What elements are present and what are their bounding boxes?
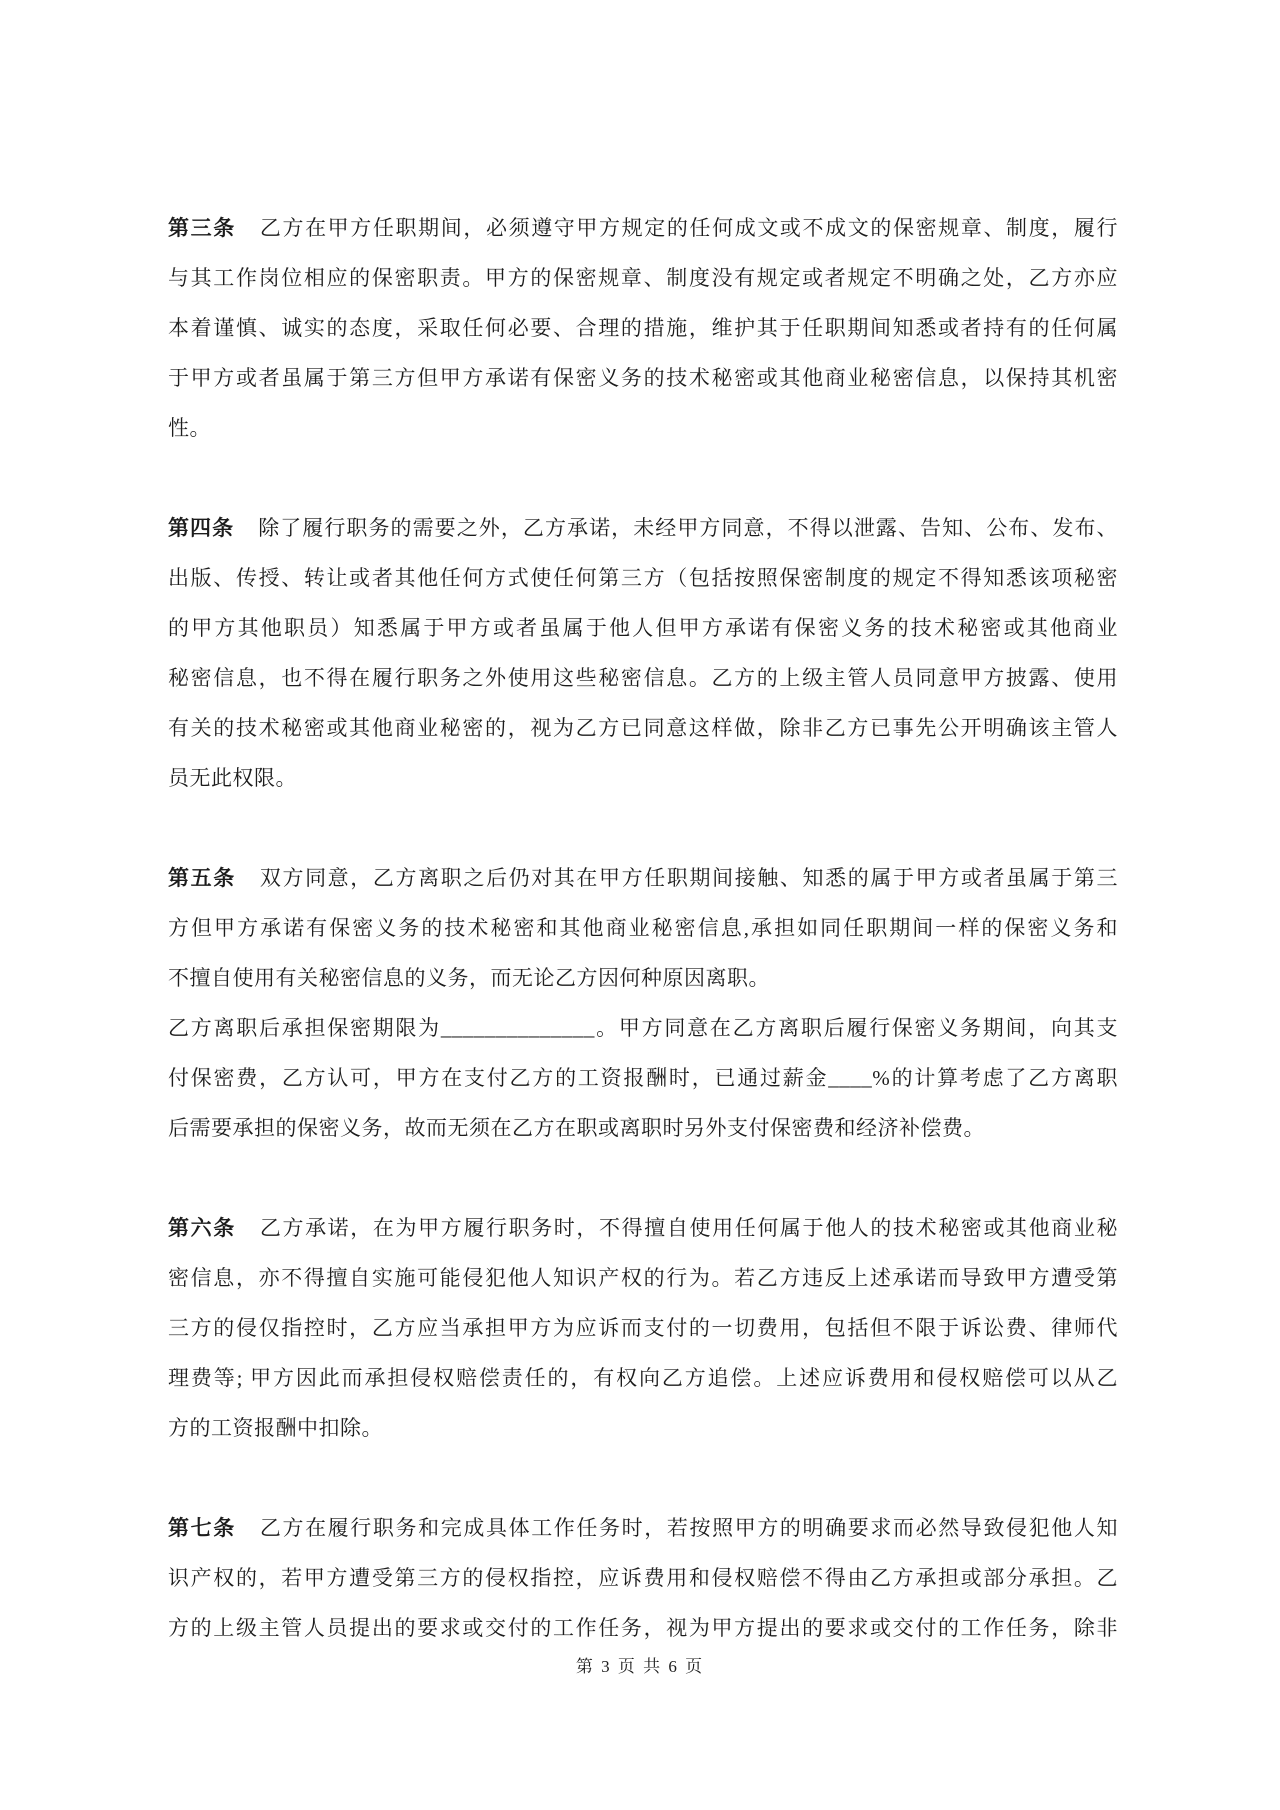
clause-line: 的甲方其他职员）知悉属于甲方或者虽属于他人但甲方承诺有保密义务的技术秘密或其他商… xyxy=(168,603,1118,653)
clause-line: 性。 xyxy=(168,403,1118,453)
clause-text: 乙方承诺，在为甲方履行职务时，不得擅自使用任何属于他人的技术秘密或其他商业秘 xyxy=(260,1216,1118,1240)
clause-line: 第五条双方同意，乙方离职之后仍对其在甲方任职期间接触、知悉的属于甲方或者虽属于第… xyxy=(168,853,1118,903)
clause-line: 出版、传授、转让或者其他任何方式使任何第三方（包括按照保密制度的规定不得知悉该项… xyxy=(168,553,1118,603)
clause-line-with-blank: 乙方离职后承担保密期限为______________。甲方同意在乙方离职后履行保… xyxy=(168,1003,1118,1053)
clause-line: 方但甲方承诺有保密义务的技术秘密和其他商业秘密信息,承担如同任职期间一样的保密义… xyxy=(168,903,1118,953)
clause-line: 第七条乙方在履行职务和完成具体工作任务时，若按照甲方的明确要求而必然导致侵犯他人… xyxy=(168,1503,1118,1553)
clause-line: 第四条除了履行职务的需要之外，乙方承诺，未经甲方同意，不得以泄露、告知、公布、发… xyxy=(168,503,1118,553)
contract-body: 第三条乙方在甲方任职期间，必须遵守甲方规定的任何成文或不成文的保密规章、制度，履… xyxy=(168,203,1118,1653)
clause-line: 理费等; 甲方因此而承担侵权赔偿责任的，有权向乙方追偿。上述应诉费用和侵权赔偿可… xyxy=(168,1353,1118,1403)
clause-number: 第四条 xyxy=(168,516,234,540)
clause-number: 第七条 xyxy=(168,1516,236,1540)
clause-line: 第六条乙方承诺，在为甲方履行职务时，不得擅自使用任何属于他人的技术秘密或其他商业… xyxy=(168,1203,1118,1253)
clause-number: 第五条 xyxy=(168,866,236,890)
page-number-footer: 第 3 页 共 6 页 xyxy=(0,1652,1280,1677)
clause-line: 方的工资报酬中扣除。 xyxy=(168,1403,1118,1453)
clause-4: 第四条除了履行职务的需要之外，乙方承诺，未经甲方同意，不得以泄露、告知、公布、发… xyxy=(168,503,1118,803)
clause-line: 于甲方或者虽属于第三方但甲方承诺有保密义务的技术秘密或其他商业秘密信息，以保持其… xyxy=(168,353,1118,403)
clause-text: 除了履行职务的需要之外，乙方承诺，未经甲方同意，不得以泄露、告知、公布、发布、 xyxy=(258,516,1118,540)
clause-line: 本着谨慎、诚实的态度，采取任何必要、合理的措施，维护其于任职期间知悉或者持有的任… xyxy=(168,303,1118,353)
clause-line: 有关的技术秘密或其他商业秘密的，视为乙方已同意这样做，除非乙方已事先公开明确该主… xyxy=(168,703,1118,753)
clause-line: 识产权的，若甲方遭受第三方的侵权指控，应诉费用和侵权赔偿不得由乙方承担或部分承担… xyxy=(168,1553,1118,1603)
clause-number: 第三条 xyxy=(168,216,236,240)
contract-page: 第三条乙方在甲方任职期间，必须遵守甲方规定的任何成文或不成文的保密规章、制度，履… xyxy=(0,0,1280,1810)
clause-number: 第六条 xyxy=(168,1216,236,1240)
clause-line: 秘密信息，也不得在履行职务之外使用这些秘密信息。乙方的上级主管人员同意甲方披露、… xyxy=(168,653,1118,703)
clause-line: 密信息，亦不得擅自实施可能侵犯他人知识产权的行为。若乙方违反上述承诺而导致甲方遭… xyxy=(168,1253,1118,1303)
clause-line: 方的上级主管人员提出的要求或交付的工作任务，视为甲方提出的要求或交付的工作任务，… xyxy=(168,1603,1118,1653)
clause-5: 第五条双方同意，乙方离职之后仍对其在甲方任职期间接触、知悉的属于甲方或者虽属于第… xyxy=(168,853,1118,1153)
clause-line: 后需要承担的保密义务，故而无须在乙方在职或离职时另外支付保密费和经济补偿费。 xyxy=(168,1103,1118,1153)
clause-line: 第三条乙方在甲方任职期间，必须遵守甲方规定的任何成文或不成文的保密规章、制度，履… xyxy=(168,203,1118,253)
clause-text: 乙方在履行职务和完成具体工作任务时，若按照甲方的明确要求而必然导致侵犯他人知 xyxy=(260,1516,1118,1540)
clause-text: 双方同意，乙方离职之后仍对其在甲方任职期间接触、知悉的属于甲方或者虽属于第三 xyxy=(260,866,1118,890)
clause-line: 员无此权限。 xyxy=(168,753,1118,803)
clause-line: 与其工作岗位相应的保密职责。甲方的保密规章、制度没有规定或者规定不明确之处，乙方… xyxy=(168,253,1118,303)
clause-line: 不擅自使用有关秘密信息的义务，而无论乙方因何种原因离职。 xyxy=(168,953,1118,1003)
clause-line-with-blank: 付保密费，乙方认可，甲方在支付乙方的工资报酬时，已通过薪金____%的计算考虑了… xyxy=(168,1053,1118,1103)
clause-line: 三方的侵仅指控时，乙方应当承担甲方为应诉而支付的一切费用，包括但不限于诉讼费、律… xyxy=(168,1303,1118,1353)
clause-6: 第六条乙方承诺，在为甲方履行职务时，不得擅自使用任何属于他人的技术秘密或其他商业… xyxy=(168,1203,1118,1453)
clause-7: 第七条乙方在履行职务和完成具体工作任务时，若按照甲方的明确要求而必然导致侵犯他人… xyxy=(168,1503,1118,1653)
clause-text: 乙方在甲方任职期间，必须遵守甲方规定的任何成文或不成文的保密规章、制度，履行 xyxy=(260,216,1118,240)
clause-3: 第三条乙方在甲方任职期间，必须遵守甲方规定的任何成文或不成文的保密规章、制度，履… xyxy=(168,203,1118,453)
